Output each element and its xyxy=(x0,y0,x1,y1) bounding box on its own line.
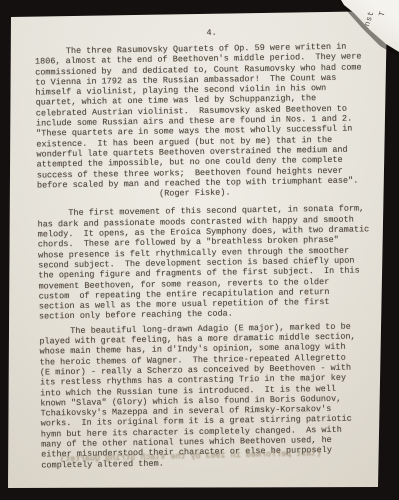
paragraph-1: The three Rasumovsky Quartets of Op. 59 … xyxy=(35,41,377,190)
corner-text-fragment: T xyxy=(378,10,388,18)
paragraph-3: The beautiful long-drawn Adagio (E major… xyxy=(39,321,381,470)
page-number: 4. xyxy=(35,25,361,40)
paragraph-2: The first movement of this second quarte… xyxy=(37,204,379,323)
page-text-layer: 4. The three Rasumovsky Quartets of Op. … xyxy=(0,0,399,500)
typewritten-text: The three Rasumovsky Quartets of Op. 59 … xyxy=(35,41,382,470)
photo-background: 4. The three Rasumovsky Quartets of Op. … xyxy=(0,0,399,500)
